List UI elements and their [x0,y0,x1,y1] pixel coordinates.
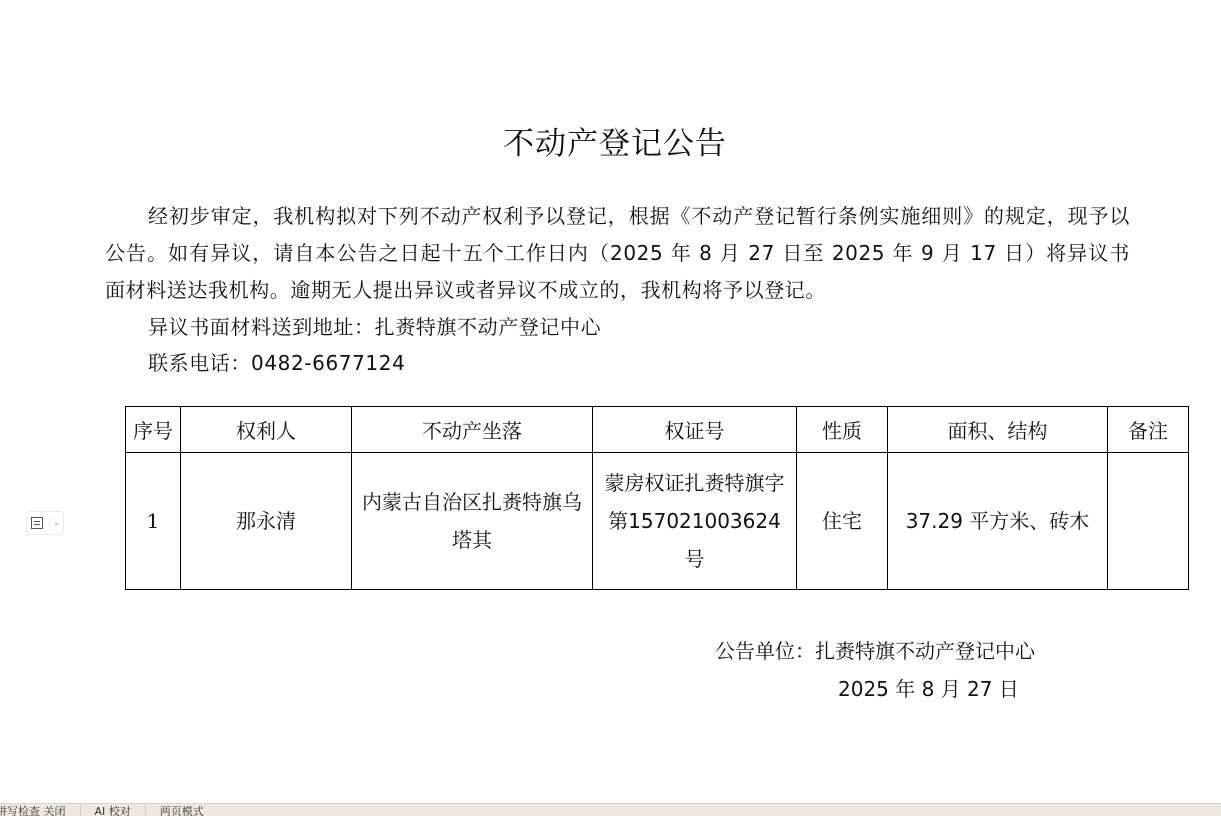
header-index: 序号 [126,407,181,453]
status-page-mode[interactable]: 两页模式 [160,804,218,815]
registration-table: 序号 权利人 不动产坐落 权证号 性质 面积、结构 备注 1 那永清 内蒙古自治… [125,406,1189,590]
objection-address-line: 异议书面材料送到地址：扎赉特旗不动产登记中心 [148,309,1173,346]
cell-nature: 住宅 [797,453,888,590]
status-bar: 拼写检查 关闭 AI 校对 两页模式 [0,803,1221,815]
cell-area-structure: 37.29 平方米、砖木 [888,453,1108,590]
chevron-down-icon[interactable]: ⌄ [49,518,61,528]
document-page: 不动产登记公告 经初步审定，我机构拟对下列不动产权利予以登记，根据《不动产登记暂… [0,0,1221,803]
cell-index: 1 [126,453,181,590]
status-spellcheck[interactable]: 拼写检查 关闭 [0,804,80,815]
header-owner: 权利人 [181,407,352,453]
cell-certificate-no: 蒙房权证扎赉特旗字第157021003624号 [593,453,797,590]
cell-location: 内蒙古自治区扎赉特旗乌塔其 [352,453,593,590]
header-nature: 性质 [797,407,888,453]
signature-block: 公告单位：扎赉特旗不动产登记中心 2025 年 8 月 27 日 [715,632,1035,708]
table-header-row: 序号 权利人 不动产坐落 权证号 性质 面积、结构 备注 [126,407,1189,453]
cell-remarks [1108,453,1189,590]
page-title: 不动产登记公告 [0,118,1221,163]
header-certificate-no: 权证号 [593,407,797,453]
issuing-unit: 公告单位：扎赉特旗不动产登记中心 [715,632,1035,670]
notice-body-paragraph: 经初步审定，我机构拟对下列不动产权利予以登记，根据《不动产登记暂行条例实施细则》… [105,198,1130,309]
status-ai-proofread[interactable]: AI 校对 [95,804,145,815]
header-location: 不动产坐落 [352,407,593,453]
status-divider [145,804,146,815]
header-area-structure: 面积、结构 [888,407,1108,453]
header-remarks: 备注 [1108,407,1189,453]
status-divider [80,804,81,815]
paragraph-tool-button[interactable]: ⌄ [26,511,64,535]
contact-phone-line: 联系电话：0482-6677124 [148,345,1173,382]
issue-date: 2025 年 8 月 27 日 [715,670,1035,708]
paragraph-frame-icon [31,517,43,529]
table-row: 1 那永清 内蒙古自治区扎赉特旗乌塔其 蒙房权证扎赉特旗字第1570210036… [126,453,1189,590]
cell-owner: 那永清 [181,453,352,590]
